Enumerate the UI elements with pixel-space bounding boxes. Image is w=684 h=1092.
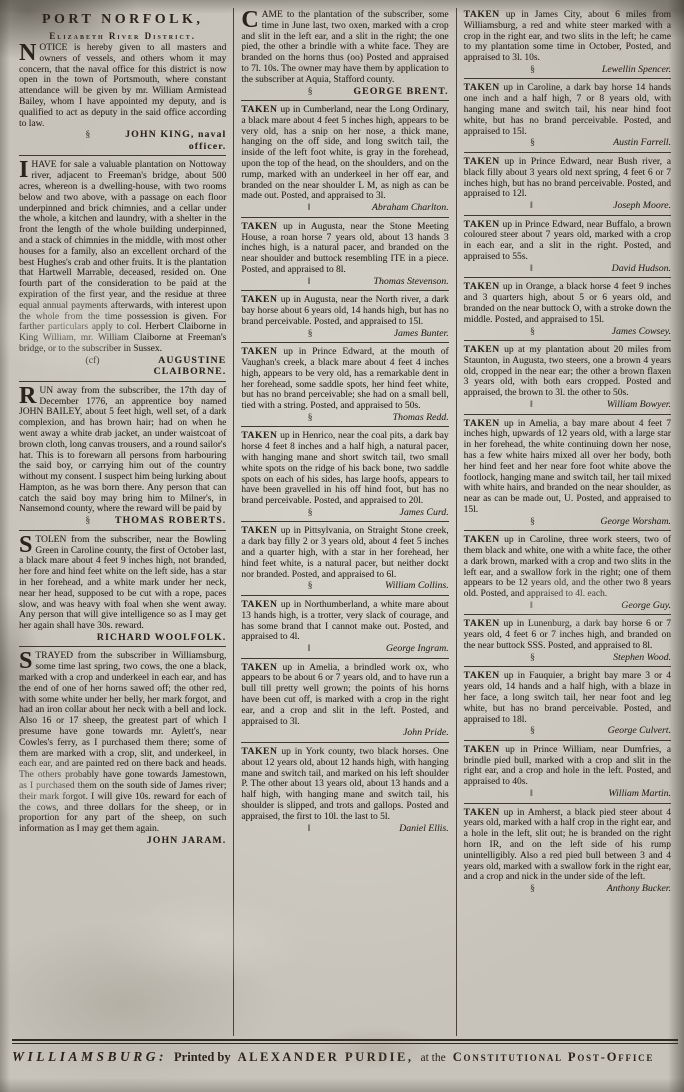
newspaper-page: PORT NORFOLK,Elizabeth River District.NO… [0,0,684,1092]
ad-heading: PORT NORFOLK, [19,12,226,28]
ad-body: TAKEN up in Prince Edward, near Buffalo,… [464,220,671,263]
ad-separator-rule [19,381,226,382]
ad-body: TAKEN up in Fauquier, a bright bay mare … [464,671,671,725]
signature-line: §Lewellin Spencer. [464,64,671,76]
advertisement: TAKEN up in Amelia, a bay mare about 4 f… [464,419,671,528]
advertisement: CAME to the plantation of the subscriber… [241,10,448,97]
section-mark: ‖ [308,643,311,655]
signature: THOMAS ROBERTS. [115,515,226,526]
ad-body: TAKEN up in Amelia, a brindled work ox, … [241,663,448,728]
ad-lead-word: TAKEN [241,600,277,610]
section-mark: ‖ [530,399,533,411]
signature: JOHN KING, naval officer. [125,129,226,152]
column-1: PORT NORFOLK,Elizabeth River District.NO… [12,8,233,1036]
ad-lead-word: TAKEN [464,619,500,629]
signature-line: §George Culvert. [464,725,671,737]
advertisement: TAKEN up in James City, about 6 miles fr… [464,10,671,75]
section-mark: § [308,412,313,424]
signature-line: §Thomas Redd. [241,412,448,424]
advertisement: TAKEN up in Fauquier, a bright bay mare … [464,671,671,736]
signature-line: §James Cowsey. [464,326,671,338]
ad-separator-rule [19,155,226,156]
section-mark: § [530,652,535,664]
section-mark: § [308,328,313,340]
ad-body: TAKEN up in Amherst, a black pied steer … [464,808,671,884]
ad-text: TOLEN from the subscriber, near the Bowl… [19,535,226,631]
drop-cap: S [19,535,35,555]
ad-separator-rule [464,803,671,804]
signature-line: §Stephen Wood. [464,652,671,664]
ad-body: NOTICE is hereby given to all masters an… [19,43,226,129]
ad-separator-rule [464,78,671,79]
ad-lead-word: TAKEN [464,345,500,355]
signature: George Ingram. [386,643,449,654]
signature-line: John Pride. [241,727,448,739]
ad-text: up in Amelia, a bay mare about 4 feet 7 … [464,419,671,515]
ad-separator-rule [464,740,671,741]
ad-separator-rule [464,666,671,667]
signature: RICHARD WOOLFOLK. [97,632,227,643]
signature-line: ‖Thomas Stevenson. [241,276,448,288]
ad-lead-word: TAKEN [241,526,277,536]
ad-lead-word: TAKEN [464,419,500,429]
section-mark: ‖ [308,823,311,835]
signature: Stephen Wood. [613,652,671,663]
ad-text: TRAYED from the subscriber in Williamsbu… [19,651,226,834]
section-mark: ‖ [530,200,533,212]
signature-line: §Austin Farrell. [464,137,671,149]
ad-lead-word: TAKEN [241,295,277,305]
ad-body: TAKEN up in Caroline, three work steers,… [464,535,671,600]
advertisement: TAKEN up in Prince Edward, near Bush riv… [464,157,671,212]
signature: William Martin. [608,788,671,799]
signature-line: §JOHN KING, naval officer. [19,129,226,152]
advertisement: TAKEN up in Augusta, near the North rive… [241,295,448,339]
ad-lead-word: TAKEN [464,83,500,93]
section-mark: § [530,883,535,895]
ad-lead-word: TAKEN [464,157,500,167]
signature-line: RICHARD WOOLFOLK. [19,632,226,644]
ad-text: up in Henrico, near the coal pits, a dar… [241,431,448,506]
advertisement: STRAYED from the subscriber in Williamsb… [19,651,226,846]
ad-body: TAKEN up in Orange, a black horse 4 feet… [464,282,671,325]
ad-text: AME to the plantation of the subscriber,… [241,10,448,85]
advertisement: TAKEN up in Augusta, near the Stone Meet… [241,222,448,287]
advertisement: TAKEN up in Prince Edward, at the mouth … [241,347,448,423]
ad-lead-word: TAKEN [464,282,500,292]
ad-body: RUN away from the subscriber, the 17th d… [19,386,226,516]
signature-line: §GEORGE BRENT. [241,86,448,98]
ad-body: TAKEN up in Northumberland, a white mare… [241,600,448,643]
ad-separator-rule [241,342,448,343]
signature: James Curd. [399,507,448,518]
ad-lead-word: TAKEN [464,745,500,755]
signature-line: §James Bunter. [241,328,448,340]
ad-lead-word: TAKEN [464,535,500,545]
ad-separator-rule [19,530,226,531]
signature: Lewellin Spencer. [602,64,671,75]
advertisement: TAKEN up in Henrico, near the coal pits,… [241,431,448,518]
ad-separator-rule [464,152,671,153]
ad-separator-rule [464,614,671,615]
ad-lead-word: TAKEN [241,747,277,757]
signature-line: ‖David Hudson. [464,263,671,275]
signature-line: (cf)AUGUSTINE CLAIBORNE. [19,355,226,378]
signature: David Hudson. [612,263,671,274]
drop-cap: C [241,10,261,30]
section-mark: § [530,326,535,338]
ad-separator-rule [241,742,448,743]
ad-separator-rule [464,530,671,531]
advertisement: RUN away from the subscriber, the 17th d… [19,386,226,527]
section-mark: § [85,515,90,527]
imprint-line: WILLIAMSBURG: Printed by ALEXANDER PURDI… [12,1049,678,1065]
ad-separator-rule [241,100,448,101]
signature: Anthony Bucker. [607,883,671,894]
ad-body: IHAVE for sale a valuable plantation on … [19,160,226,354]
signature: Abraham Charlton. [372,202,449,213]
ad-body: TAKEN up in Lunenburg, a dark bay horse … [464,619,671,651]
ad-text: up in Cumberland, near the Long Ordinary… [241,105,448,201]
section-mark: § [530,725,535,737]
ad-text: OTICE is hereby given to all masters and… [19,43,226,129]
signature-line: §James Curd. [241,507,448,519]
ad-body: CAME to the plantation of the subscriber… [241,10,448,86]
advertisement: PORT NORFOLK,Elizabeth River District.NO… [19,12,226,152]
signature-line: §THOMAS ROBERTS. [19,515,226,527]
ad-body: TAKEN up in Pittsylvania, on Straight St… [241,526,448,580]
ad-body: TAKEN up in Augusta, near the Stone Meet… [241,222,448,276]
ad-body: TAKEN up in James City, about 6 miles fr… [464,10,671,64]
ad-separator-rule [241,217,448,218]
signature-line: JOHN JARAM. [19,835,226,847]
imprint-footer: WILLIAMSBURG: Printed by ALEXANDER PURDI… [12,1039,678,1065]
section-mark: § [308,507,313,519]
advertisement: TAKEN up in Prince William, near Dumfrie… [464,745,671,800]
signature: John Pride. [403,727,449,738]
advertisement: TAKEN up in Pittsylvania, on Straight St… [241,526,448,591]
advertisement: TAKEN up in Caroline, three work steers,… [464,535,671,611]
signature: GEORGE BRENT. [353,86,448,97]
column-3: TAKEN up in James City, about 6 miles fr… [456,8,678,1036]
ad-body: TAKEN up in Caroline, a dark bay horse 1… [464,83,671,137]
advertisement: TAKEN up in Cumberland, near the Long Or… [241,105,448,214]
ad-separator-rule [464,414,671,415]
signature: AUGUSTINE CLAIBORNE. [154,355,227,378]
ad-subheading: Elizabeth River District. [19,31,226,41]
signature: William Collins. [385,580,449,591]
signature: George Culvert. [608,725,671,736]
ad-body: TAKEN up in Augusta, near the North rive… [241,295,448,327]
section-mark: ‖ [530,600,533,612]
ad-body: STRAYED from the subscriber in Williamsb… [19,651,226,835]
ad-body: TAKEN up in Cumberland, near the Long Or… [241,105,448,202]
signature-line: ‖Joseph Moore. [464,200,671,212]
ad-separator-rule [241,521,448,522]
column-area: PORT NORFOLK,Elizabeth River District.NO… [12,8,678,1036]
ad-body: TAKEN up at my plantation about 20 miles… [464,345,671,399]
section-mark: ‖ [530,263,533,275]
advertisement: TAKEN up in Amelia, a brindled work ox, … [241,663,448,739]
ad-body: TAKEN up in Prince Edward, near Bush riv… [464,157,671,200]
section-mark: § [85,129,90,141]
section-mark: ‖ [530,788,533,800]
ad-text: up in York county, two black horses. One… [241,747,448,822]
signature-line: §George Worsham. [464,516,671,528]
section-mark: ‖ [308,276,311,288]
ad-body: STOLEN from the subscriber, near the Bow… [19,535,226,632]
advertisement: TAKEN up in Lunenburg, a dark bay horse … [464,619,671,663]
ad-body: TAKEN up in Prince Edward, at the mouth … [241,347,448,412]
ad-body: TAKEN up in Amelia, a bay mare about 4 f… [464,419,671,516]
advertisement: TAKEN up at my plantation about 20 miles… [464,345,671,410]
ad-body: TAKEN up in York county, two black horse… [241,747,448,823]
signature: Thomas Stevenson. [374,276,449,287]
ad-lead-word: TAKEN [241,431,277,441]
signature-line: §Anthony Bucker. [464,883,671,895]
signature: William Bowyer. [607,399,671,410]
footer-double-rule [12,1039,678,1044]
signature-line: ‖George Guy. [464,600,671,612]
drop-cap: N [19,43,39,63]
advertisement: STOLEN from the subscriber, near the Bow… [19,535,226,644]
ad-separator-rule [241,595,448,596]
ad-separator-rule [241,290,448,291]
advertisement: TAKEN up in Prince Edward, near Buffalo,… [464,220,671,275]
advertisement: TAKEN up in Northumberland, a white mare… [241,600,448,655]
ad-lead-word: TAKEN [464,671,500,681]
ad-lead-word: TAKEN [464,220,500,230]
drop-cap: S [19,651,35,671]
ad-lead-word: TAKEN [241,105,277,115]
section-mark: § [530,137,535,149]
advertisement: TAKEN up in Caroline, a dark bay horse 1… [464,83,671,148]
signature-line: ‖Abraham Charlton. [241,202,448,214]
ad-text: UN away from the subscriber, the 17th da… [19,386,226,515]
signature-line: ‖George Ingram. [241,643,448,655]
advertisement: IHAVE for sale a valuable plantation on … [19,160,226,377]
ad-text: HAVE for sale a valuable plantation on N… [19,160,226,354]
ad-body: TAKEN up in Henrico, near the coal pits,… [241,431,448,507]
drop-cap: R [19,386,39,406]
ad-lead-word: TAKEN [241,222,277,232]
column-2: CAME to the plantation of the subscriber… [233,8,455,1036]
ad-lead-word: TAKEN [241,347,277,357]
signature: Thomas Redd. [393,412,449,423]
imprint-printed-by: Printed by [174,1050,231,1065]
section-mark: ‖ [308,202,311,214]
signature: James Cowsey. [612,326,671,337]
ad-lead-word: TAKEN [464,808,500,818]
ad-body: TAKEN up in Prince William, near Dumfrie… [464,745,671,788]
drop-cap: I [19,160,31,180]
signature: George Worsham. [600,516,671,527]
signature: George Guy. [621,600,671,611]
imprint-printer-name: ALEXANDER PURDIE, [238,1050,414,1065]
signature: James Bunter. [394,328,449,339]
imprint-office-name: Constitutional Post-Office [453,1050,655,1065]
signature-line: ‖William Martin. [464,788,671,800]
section-mark: § [308,580,313,592]
signature-line: ‖William Bowyer. [464,399,671,411]
signature: Austin Farrell. [613,137,671,148]
ad-lead-word: TAKEN [241,663,277,673]
imprint-at-the: at the [420,1052,445,1064]
imprint-place: WILLIAMSBURG: [12,1049,167,1065]
ad-separator-rule [464,340,671,341]
section-mark: § [530,64,535,76]
signature: Daniel Ellis. [399,823,449,834]
ad-separator-rule [241,426,448,427]
section-mark: § [308,86,313,98]
signature-line: §William Collins. [241,580,448,592]
signature: Joseph Moore. [613,200,671,211]
section-mark: (cf) [85,355,99,367]
ad-separator-rule [19,646,226,647]
advertisement: TAKEN up in York county, two black horse… [241,747,448,834]
ad-separator-rule [464,215,671,216]
ad-separator-rule [464,277,671,278]
advertisement: TAKEN up in Amherst, a black pied steer … [464,808,671,895]
ad-text: up in Amherst, a black pied steer about … [464,808,671,883]
signature-line: ‖Daniel Ellis. [241,823,448,835]
advertisement: TAKEN up in Orange, a black horse 4 feet… [464,282,671,337]
signature: JOHN JARAM. [147,835,227,846]
ad-lead-word: TAKEN [464,10,500,20]
ad-separator-rule [241,658,448,659]
section-mark: § [530,516,535,528]
